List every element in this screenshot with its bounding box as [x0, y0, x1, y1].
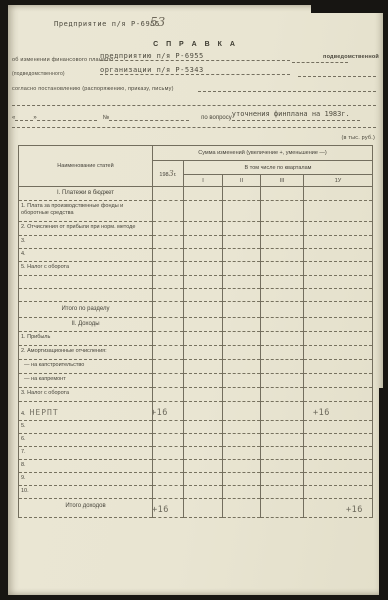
table-row: 5. Налог с оборота — [19, 262, 373, 276]
value-cell — [304, 289, 373, 302]
enterprise-stamp-text: Предприятие п/я Р-6955 — [54, 20, 160, 28]
about-value: предприятию п/я Р-6955 — [100, 52, 290, 61]
value-cell — [184, 434, 223, 447]
value-cell — [261, 262, 304, 276]
value-cell — [223, 201, 261, 222]
row-label-cell: 3. — [19, 236, 153, 249]
row-label-cell: — на капремонт — [19, 374, 153, 388]
row-label-cell: 1. Прибыль — [19, 332, 153, 346]
typed-value: +16 — [153, 505, 169, 515]
quarter-col-1: I — [184, 175, 223, 187]
row-label: 5. Налог с оборота — [19, 262, 152, 271]
scan-corner-black — [311, 0, 388, 13]
row-label-cell: I. Платежи в бюджет — [19, 187, 153, 201]
value-cell — [184, 447, 223, 460]
value-cell — [261, 222, 304, 236]
value-cell: +16 — [153, 402, 184, 421]
table-row — [19, 289, 373, 302]
value-cell — [304, 262, 373, 276]
value-cell — [153, 447, 184, 460]
value-cell — [261, 421, 304, 434]
row-label-cell: 7. — [19, 447, 153, 460]
row-label-cell: 2. Отчисления от прибыли при норм. метод… — [19, 222, 153, 236]
row-label-cell: Итого доходов — [19, 499, 153, 518]
row-label-cell: 5. Налог с оборота — [19, 262, 153, 276]
value-cell — [261, 374, 304, 388]
day-blank — [15, 112, 33, 121]
row-label-cell — [19, 276, 153, 289]
value-cell — [304, 486, 373, 499]
row-label: II. Доходы — [19, 318, 152, 328]
row-label: — на капремонт — [19, 374, 152, 383]
row-label-cell: Итого по разделу — [19, 302, 153, 318]
row-label — [19, 289, 152, 291]
value-cell — [153, 262, 184, 276]
table-row: Итого доходов+16+16 — [19, 499, 373, 518]
sum-header: Сумма изменений (увеличение +, уменьшени… — [153, 146, 373, 161]
value-cell — [223, 388, 261, 402]
value-cell — [153, 318, 184, 332]
value-cell — [153, 473, 184, 486]
scanned-document: Предприятие п/я Р-6955 53 С П Р А В К А … — [0, 0, 388, 600]
value-cell — [304, 332, 373, 346]
value-cell — [153, 249, 184, 262]
value-cell — [223, 460, 261, 473]
value-cell — [223, 473, 261, 486]
row-label-cell: 9. — [19, 473, 153, 486]
value-cell — [261, 201, 304, 222]
typed-value: +16 — [153, 408, 168, 418]
value-cell — [223, 332, 261, 346]
value-cell — [184, 201, 223, 222]
value-cell — [184, 388, 223, 402]
according-label: согласно постановлению (распоряжению, пр… — [12, 86, 174, 92]
document-title: С П Р А В К А — [8, 41, 383, 48]
table-row: 2. Отчисления от прибыли при норм. метод… — [19, 222, 373, 236]
row-label-cell: II. Доходы — [19, 318, 153, 332]
table-row: — на капстроительство — [19, 360, 373, 374]
value-cell — [184, 486, 223, 499]
table-header: Наименование статей Сумма изменений (уве… — [19, 146, 373, 187]
value-cell — [223, 302, 261, 318]
handwritten-number: 53 — [150, 15, 165, 29]
table-row: 5. — [19, 421, 373, 434]
value-cell — [184, 332, 223, 346]
value-cell — [153, 460, 184, 473]
quarter-col-3: III — [261, 175, 304, 187]
value-cell — [304, 374, 373, 388]
value-cell — [184, 346, 223, 360]
value-cell — [261, 318, 304, 332]
row-label-cell: 3. Налог с оборота — [19, 388, 153, 402]
value-cell — [304, 360, 373, 374]
value-cell — [261, 346, 304, 360]
value-cell — [261, 499, 304, 518]
value-cell — [184, 421, 223, 434]
value-cell — [153, 302, 184, 318]
value-cell — [184, 499, 223, 518]
table-row: — на капремонт — [19, 374, 373, 388]
value-cell — [184, 374, 223, 388]
value-cell — [153, 388, 184, 402]
value-cell: +16 — [304, 499, 373, 518]
table-row: 1. Плата за производственные фонды и обо… — [19, 201, 373, 222]
value-cell — [304, 421, 373, 434]
value-cell — [184, 460, 223, 473]
value-cell — [261, 187, 304, 201]
value-cell — [223, 222, 261, 236]
table-row: 7. — [19, 447, 373, 460]
value-cell — [261, 236, 304, 249]
continuation-underline — [12, 127, 376, 128]
row-label-cell: 8. — [19, 460, 153, 473]
about-underline — [292, 62, 348, 63]
value-cell — [184, 402, 223, 421]
year-prefix: 198 — [159, 172, 168, 178]
row-label: 9. — [19, 473, 152, 482]
value-cell — [223, 236, 261, 249]
quarters-header: В том числе по кварталам — [184, 161, 373, 175]
value-cell — [153, 276, 184, 289]
question-label: по вопросу — [201, 115, 232, 121]
changes-table: Наименование статей Сумма изменений (уве… — [18, 145, 373, 518]
value-cell — [223, 447, 261, 460]
table-row — [19, 276, 373, 289]
value-cell — [184, 302, 223, 318]
value-cell — [261, 447, 304, 460]
row-label: 4. — [19, 249, 152, 258]
value-cell — [153, 187, 184, 201]
row-label: 7. — [19, 447, 152, 456]
value-cell — [261, 360, 304, 374]
value-cell — [304, 388, 373, 402]
value-cell — [261, 402, 304, 421]
value-cell: +16 — [304, 402, 373, 421]
row-label: I. Платежи в бюджет — [19, 187, 152, 197]
value-cell — [184, 236, 223, 249]
value-cell — [184, 318, 223, 332]
row-label: 6. — [19, 434, 152, 443]
value-cell — [261, 302, 304, 318]
value-cell: +16 — [153, 499, 184, 518]
value-cell — [153, 360, 184, 374]
value-cell — [223, 402, 261, 421]
value-cell — [223, 262, 261, 276]
value-cell — [261, 434, 304, 447]
value-cell — [153, 374, 184, 388]
value-cell — [261, 486, 304, 499]
value-cell — [304, 447, 373, 460]
value-cell — [153, 236, 184, 249]
row-label: 3. Налог с оборота — [19, 388, 152, 397]
row-label: 3. — [19, 236, 152, 245]
table-row: 4.НЕРПТ+16+16 — [19, 402, 373, 421]
value-cell — [304, 236, 373, 249]
subordinate-right-label: подведомственной — [323, 54, 379, 60]
table-row: Итого по разделу — [19, 302, 373, 318]
subordinate-value: организации п/я Р-5343 — [100, 66, 290, 75]
value-cell — [153, 201, 184, 222]
table-row: 10. — [19, 486, 373, 499]
value-cell — [184, 289, 223, 302]
month-blank — [37, 112, 97, 121]
according-underline — [198, 91, 376, 92]
value-cell — [223, 249, 261, 262]
row-label-cell: — на капстроительство — [19, 360, 153, 374]
row-label-cell: 4. — [19, 249, 153, 262]
table-row: II. Доходы — [19, 318, 373, 332]
quarter-col-2: II — [223, 175, 261, 187]
row-label: Итого по разделу — [19, 302, 152, 313]
value-cell — [223, 187, 261, 201]
value-cell — [261, 388, 304, 402]
value-cell — [261, 332, 304, 346]
table-body: I. Платежи в бюджет1. Плата за производс… — [19, 187, 373, 518]
value-cell — [223, 374, 261, 388]
row-label-cell: 10. — [19, 486, 153, 499]
value-cell — [223, 289, 261, 302]
value-cell — [184, 473, 223, 486]
row-label: Итого доходов — [19, 499, 152, 510]
value-cell — [261, 249, 304, 262]
value-cell — [261, 473, 304, 486]
table-row: 6. — [19, 434, 373, 447]
value-cell — [261, 460, 304, 473]
value-cell — [153, 289, 184, 302]
table-row: 8. — [19, 460, 373, 473]
number-blank — [109, 112, 189, 121]
value-cell — [223, 499, 261, 518]
row-typed-entry: НЕРПТ — [30, 408, 59, 417]
value-cell — [153, 434, 184, 447]
row-label-cell: 4.НЕРПТ — [19, 402, 153, 421]
blank-underline — [12, 105, 376, 106]
value-cell — [223, 276, 261, 289]
value-cell — [304, 249, 373, 262]
row-label — [19, 276, 152, 278]
value-cell — [184, 276, 223, 289]
value-cell — [184, 187, 223, 201]
value-cell — [184, 360, 223, 374]
value-cell — [223, 434, 261, 447]
table-row: 3. — [19, 236, 373, 249]
value-cell — [153, 421, 184, 434]
value-cell — [304, 187, 373, 201]
value-cell — [304, 460, 373, 473]
value-cell — [153, 486, 184, 499]
table-row: 3. Налог с оборота — [19, 388, 373, 402]
question-value: уточнения финплана на 1983г. — [232, 110, 360, 121]
units-note: (в тыс. руб.) — [342, 135, 375, 141]
row-label: 10. — [19, 486, 152, 495]
quarter-col-4: 1У — [304, 175, 373, 187]
value-cell — [304, 473, 373, 486]
subordinate-underline — [298, 76, 376, 77]
value-cell — [223, 360, 261, 374]
value-cell — [153, 346, 184, 360]
value-cell — [184, 222, 223, 236]
row-label-cell: 1. Плата за производственные фонды и обо… — [19, 201, 153, 222]
table-row: I. Платежи в бюджет — [19, 187, 373, 201]
row-label: 1. Плата за производственные фонды и обо… — [19, 201, 152, 216]
year-header: 1983г. — [153, 161, 184, 187]
value-cell — [184, 249, 223, 262]
name-column-header: Наименование статей — [19, 146, 153, 187]
value-cell — [153, 332, 184, 346]
table-row: 1. Прибыль — [19, 332, 373, 346]
row-label: 5. — [19, 421, 152, 430]
row-label: — на капстроительство — [19, 360, 152, 369]
table-row: 4. — [19, 249, 373, 262]
value-cell — [153, 222, 184, 236]
typed-value: +16 — [313, 408, 330, 418]
value-cell — [304, 302, 373, 318]
scan-edge-black — [379, 388, 388, 600]
table-row: 2. Амортизационные отчисления: — [19, 346, 373, 360]
reference-line: « » № по вопросу уточнения финплана на 1… — [12, 111, 376, 121]
row-label-cell: 2. Амортизационные отчисления: — [19, 346, 153, 360]
subordinate-label: (подведомственного) — [12, 71, 65, 77]
value-cell — [184, 262, 223, 276]
row-label: 2. Отчисления от прибыли при норм. метод… — [19, 222, 152, 231]
value-cell — [304, 222, 373, 236]
value-cell — [261, 276, 304, 289]
row-label: 2. Амортизационные отчисления: — [19, 346, 152, 355]
value-cell — [304, 276, 373, 289]
value-cell — [304, 346, 373, 360]
value-cell — [223, 421, 261, 434]
row-label-cell: 5. — [19, 421, 153, 434]
about-label: об изменении финансового плана по — [12, 57, 113, 63]
row-label: 4. — [19, 409, 28, 418]
value-cell — [304, 318, 373, 332]
typed-value: +16 — [346, 505, 363, 515]
value-cell — [261, 289, 304, 302]
row-label: 8. — [19, 460, 152, 469]
value-cell — [223, 346, 261, 360]
row-label-cell — [19, 289, 153, 302]
year-suffix: г. — [174, 172, 177, 178]
table-row: 9. — [19, 473, 373, 486]
row-label: 1. Прибыль — [19, 332, 152, 341]
paper-sheet: Предприятие п/я Р-6955 53 С П Р А В К А … — [8, 5, 383, 595]
value-cell — [223, 486, 261, 499]
row-label-cell: 6. — [19, 434, 153, 447]
value-cell — [304, 434, 373, 447]
value-cell — [223, 318, 261, 332]
value-cell — [304, 201, 373, 222]
